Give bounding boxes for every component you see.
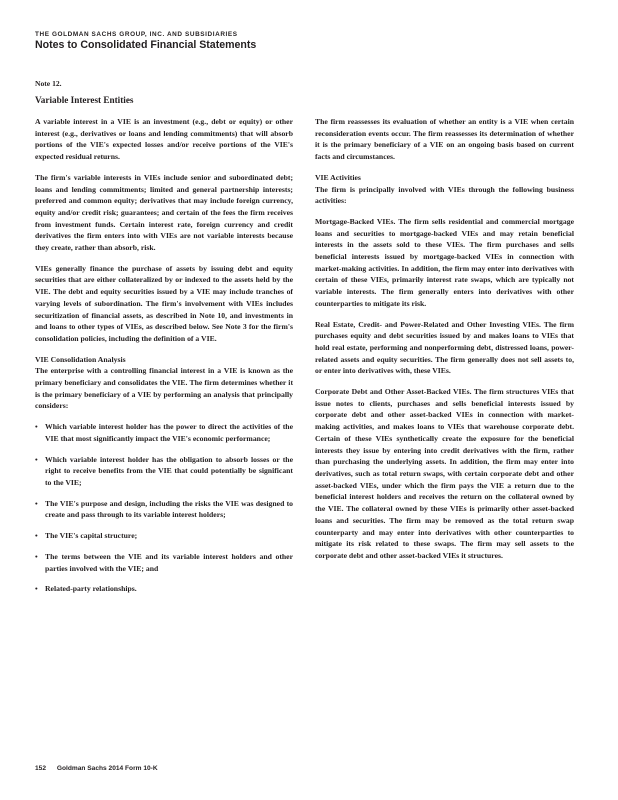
list-item: • Which variable interest holder has the… xyxy=(35,421,293,444)
list-item: • The terms between the VIE and its vari… xyxy=(35,551,293,574)
list-item: • Related-party relationships. xyxy=(35,583,293,595)
note-title: Variable Interest Entities xyxy=(35,94,134,106)
consideration-list: • Which variable interest holder has the… xyxy=(35,421,293,595)
company-name: The Goldman Sachs Group, Inc. and Subsid… xyxy=(35,30,595,39)
bullet-icon: • xyxy=(35,421,38,433)
paragraph-mortgage-backed: Mortgage-Backed VIEs. The firm sells res… xyxy=(315,216,574,310)
left-column: A variable interest in a VIE is an inves… xyxy=(35,116,293,604)
list-item-text: The VIE's purpose and design, including … xyxy=(45,499,293,520)
bullet-icon: • xyxy=(35,454,38,466)
paragraph-real-estate: Real Estate, Credit- and Power-Related a… xyxy=(315,319,574,378)
bullet-icon: • xyxy=(35,551,38,563)
page-footer: 152 Goldman Sachs 2014 Form 10-K xyxy=(35,764,158,773)
run-in-heading-corporate: Corporate Debt and Other Asset-Backed VI… xyxy=(315,387,472,396)
document-title: Notes to Consolidated Financial Statemen… xyxy=(35,39,595,52)
list-item: • The VIE's purpose and design, includin… xyxy=(35,498,293,521)
list-item-text: Which variable interest holder has the o… xyxy=(45,455,293,487)
page-number: 152 xyxy=(35,764,46,773)
paragraph-activities-intro: The firm is principally involved with VI… xyxy=(315,184,574,207)
section-heading-activities: VIE Activities xyxy=(315,172,574,184)
corporate-text: The firm structures VIEs that issue note… xyxy=(315,387,574,560)
paragraph-vie-financing: VIEs generally finance the purchase of a… xyxy=(35,263,293,345)
bullet-icon: • xyxy=(35,530,38,542)
paragraph-corporate-debt: Corporate Debt and Other Asset-Backed VI… xyxy=(315,386,574,562)
list-item-text: The terms between the VIE and its variab… xyxy=(45,552,293,573)
list-item: • Which variable interest holder has the… xyxy=(35,454,293,489)
list-item-text: Which variable interest holder has the p… xyxy=(45,422,293,443)
run-in-heading-real-estate: Real Estate, Credit- and Power-Related a… xyxy=(315,320,541,329)
bullet-icon: • xyxy=(35,498,38,510)
paragraph-variable-interests: The firm's variable interests in VIEs in… xyxy=(35,172,293,254)
bullet-icon: • xyxy=(35,583,38,595)
list-item-text: Related-party relationships. xyxy=(45,584,137,593)
run-in-heading-mortgage: Mortgage-Backed VIEs. xyxy=(315,217,395,226)
list-item: • The VIE's capital structure; xyxy=(35,530,293,542)
list-item-text: The VIE's capital structure; xyxy=(45,531,137,540)
page-header: The Goldman Sachs Group, Inc. and Subsid… xyxy=(35,30,595,52)
section-heading-consolidation: VIE Consolidation Analysis xyxy=(35,354,293,366)
paragraph-vie-definition: A variable interest in a VIE is an inves… xyxy=(35,116,293,163)
right-column: The firm reassesses its evaluation of wh… xyxy=(315,116,574,571)
publication-name: Goldman Sachs 2014 Form 10-K xyxy=(57,765,158,772)
paragraph-primary-beneficiary: The enterprise with a controlling financ… xyxy=(35,365,293,412)
note-number: Note 12. xyxy=(35,79,62,89)
mortgage-text: The firm sells residential and commercia… xyxy=(315,217,574,308)
paragraph-reassessment: The firm reassesses its evaluation of wh… xyxy=(315,116,574,163)
